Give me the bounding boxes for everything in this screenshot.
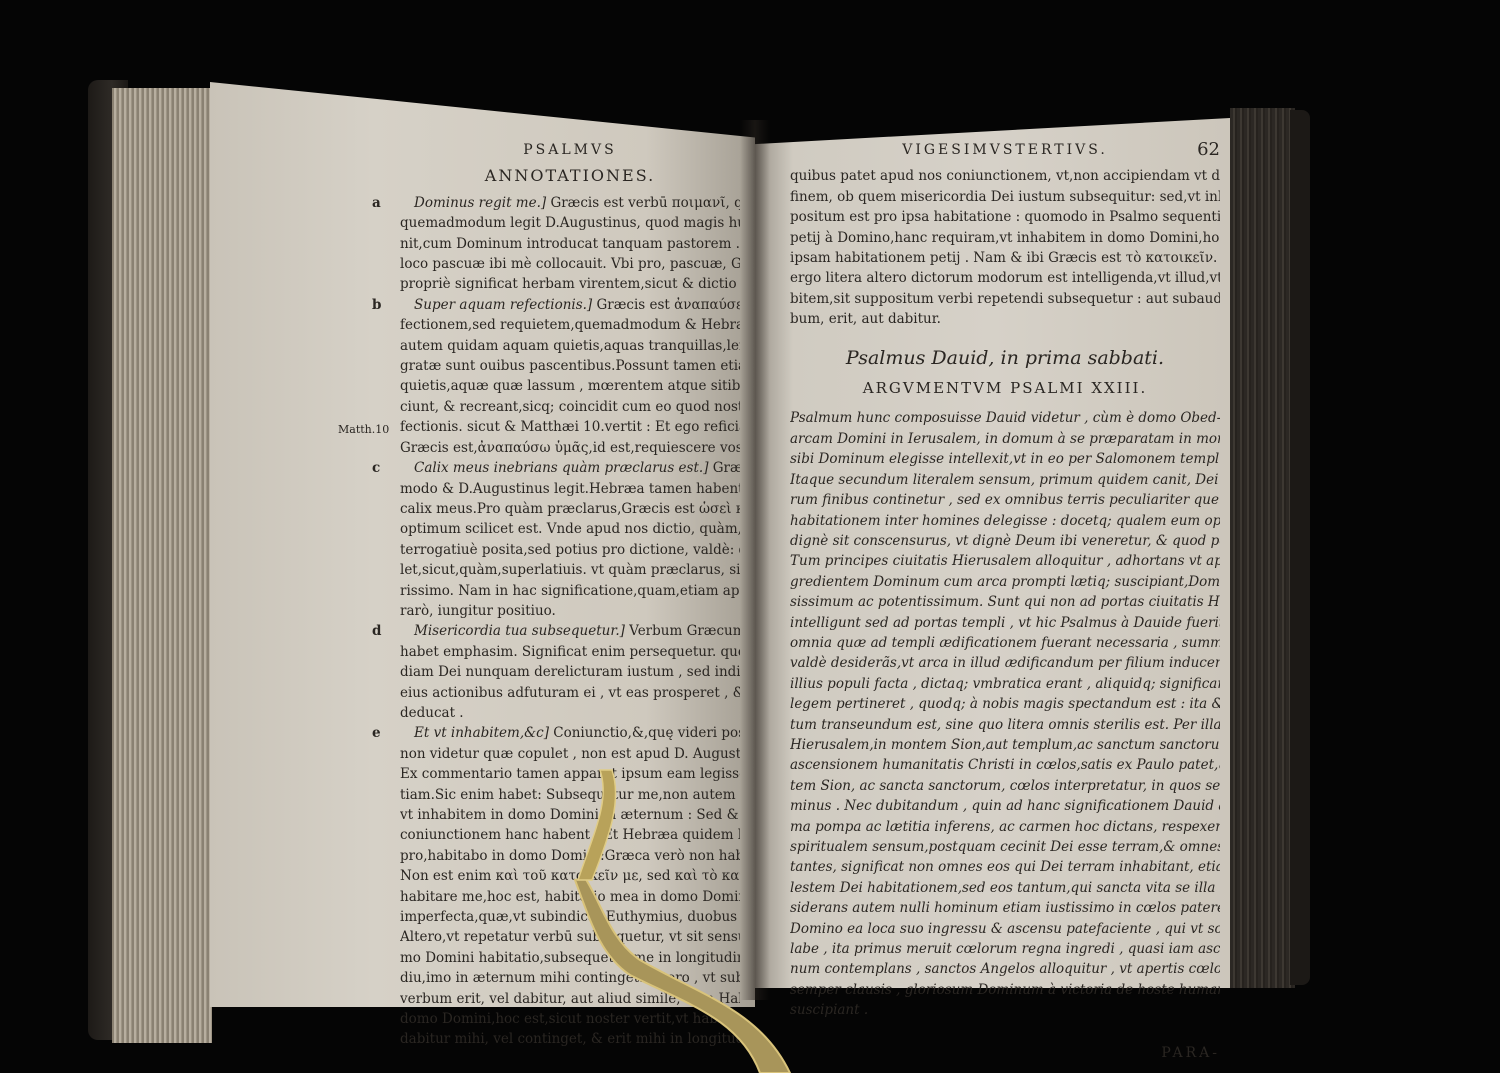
text-line: sibi Dominum elegisse intellexit,vt in e… bbox=[790, 449, 1220, 469]
text-line: Misericordia tua subsequetur.] Verbum Gr… bbox=[400, 621, 740, 641]
text-line: Et vt inhabitem,&c] Coniunctio,&,quę vid… bbox=[400, 723, 740, 743]
annotation-notes: aDominus regit me.] Græcis est verbū ποι… bbox=[400, 193, 740, 1050]
text-line: num contemplans , sanctos Angelos alloqu… bbox=[790, 959, 1220, 979]
text-line: Calix meus inebrians quàm præclarus est.… bbox=[400, 458, 740, 478]
text-line: intelligunt sed ad portas templi , vt hi… bbox=[790, 613, 1220, 633]
text-line: ipsam habitationem petij . Nam & ibi Græ… bbox=[790, 248, 1220, 268]
text-line: rissimo. Nam in hac significatione,quam,… bbox=[400, 581, 740, 601]
gutter-shadow bbox=[740, 120, 770, 1000]
text-line: imperfecta,quæ,vt subindicat Euthymius, … bbox=[400, 907, 740, 927]
annotation-note-d: dMisericordia tua subsequetur.] Verbum G… bbox=[400, 621, 740, 723]
text-line: positum est pro ipsa habitatione : quomo… bbox=[790, 207, 1220, 227]
text-line: suscipiant . bbox=[790, 1000, 1220, 1020]
right-cover bbox=[1290, 110, 1310, 985]
text-line: semper clausis , gloriosum Dominum à vic… bbox=[790, 980, 1220, 1000]
text-line: finem, ob quem misericordia Dei iustum s… bbox=[790, 187, 1220, 207]
text-line: lestem Dei habitationem,sed eos tantum,q… bbox=[790, 878, 1220, 898]
text-line: quemadmodum legit D.Augustinus, quod mag… bbox=[400, 213, 740, 233]
annotation-note-a: aDominus regit me.] Græcis est verbū ποι… bbox=[400, 193, 740, 295]
text-line: autem quidam aquam quietis,aquas tranqui… bbox=[400, 336, 740, 356]
text-line: habitare me,hoc est, habitatio mea in do… bbox=[400, 887, 740, 907]
text-line: propriè significat herbam virentem,sicut… bbox=[400, 274, 740, 294]
annotation-note-e: eEt vt inhabitem,&c] Coniunctio,&,quę vi… bbox=[400, 723, 740, 1050]
text-line: modo & D.Augustinus legit.Hebræa tamen h… bbox=[400, 479, 740, 499]
text-line: dabitur mihi, vel continget, & erit mihi… bbox=[400, 1029, 740, 1049]
continuation-text: quibus patet apud nos coniunctionem, vt,… bbox=[790, 166, 1220, 329]
text-line: diam Dei nunquam derelicturam iustum , s… bbox=[400, 662, 740, 682]
text-line: optimum scilicet est. Vnde apud nos dict… bbox=[400, 519, 740, 539]
text-line: ma pompa ac lætitia inferens, ac carmen … bbox=[790, 817, 1220, 837]
text-line: valdè desiderãs,vt arca in illud ædifica… bbox=[790, 653, 1220, 673]
text-line: fectionem,sed requietem,quemadmodum & He… bbox=[400, 315, 740, 335]
text-line: Tum principes ciuitatis Hierusalem alloq… bbox=[790, 551, 1220, 571]
right-page-edges bbox=[1230, 108, 1295, 988]
text-line: terrogatiuè posita,sed potius pro dictio… bbox=[400, 540, 740, 560]
text-line: calix meus.Pro quàm præclarus,Græcis est… bbox=[400, 499, 740, 519]
text-line: gredientem Dominum cum arca prompti læti… bbox=[790, 572, 1220, 592]
text-line: Super aquam refectionis.] Græcis est ἀνα… bbox=[400, 295, 740, 315]
note-marker: b bbox=[372, 295, 381, 315]
page-number: 62 bbox=[1197, 140, 1220, 160]
annotationes-heading: ANNOTATIONES. bbox=[400, 166, 740, 186]
text-line: Non est enim καὶ τοῦ κατοικεῖν με, sed κ… bbox=[400, 866, 740, 886]
right-page-text: VIGESIMVSTERTIVS. 62 quibus patet apud n… bbox=[790, 140, 1220, 1063]
text-line: minus . Nec dubitandum , quin ad hanc si… bbox=[790, 796, 1220, 816]
annotation-note-c: cCalix meus inebrians quàm præclarus est… bbox=[400, 458, 740, 621]
text-line: ergo litera altero dictorum modorum est … bbox=[790, 268, 1220, 288]
text-line: omnia quæ ad templi ædificationem fueran… bbox=[790, 633, 1220, 653]
text-line: bitem,sit suppositum verbi repetendi sub… bbox=[790, 289, 1220, 309]
psalm-title: Psalmus Dauid, in prima sabbati. bbox=[790, 348, 1220, 368]
text-line: loco pascuæ ibi mè collocauit. Vbi pro, … bbox=[400, 254, 740, 274]
argument-text: Psalmum hunc composuisse Dauid videtur ,… bbox=[790, 408, 1220, 1020]
text-line: rarò, iungitur positiuo. bbox=[400, 601, 740, 621]
text-line: tum transeundum est, sine quo litera omn… bbox=[790, 715, 1220, 735]
text-line: eius actionibus adfuturam ei , vt eas pr… bbox=[400, 683, 740, 703]
left-page-text: PSALMVS ANNOTATIONES. aDominus regit me.… bbox=[400, 140, 740, 1050]
text-line: quietis,aquæ quæ lassum , mœrentem atque… bbox=[400, 376, 740, 396]
open-book: PSALMVS ANNOTATIONES. aDominus regit me.… bbox=[0, 0, 1500, 1073]
left-page-edges bbox=[112, 88, 212, 1043]
text-line: Domino ea loca suo ingressu & ascensu pa… bbox=[790, 919, 1220, 939]
text-line: petij à Domino,hanc requiram,vt inhabite… bbox=[790, 228, 1220, 248]
text-line: tantes, significat non omnes eos qui Dei… bbox=[790, 857, 1220, 877]
text-line: coniunctionem hanc habent . Et Hebræa qu… bbox=[400, 825, 740, 845]
argument-heading: ARGVMENTVM PSALMI XXIII. bbox=[790, 378, 1220, 398]
text-line: nit,cum Dominum introducat tanquam pasto… bbox=[400, 234, 740, 254]
text-line: spiritualem sensum,postquam cecinit Dei … bbox=[790, 837, 1220, 857]
margin-reference: Matth.10 bbox=[338, 420, 389, 440]
text-line: deducat . bbox=[400, 703, 740, 723]
text-line: Græcis est,ἀναπαύσω ὑμᾶς,id est,requiesc… bbox=[400, 438, 740, 458]
text-line: habitationem inter homines delegisse : d… bbox=[790, 511, 1220, 531]
text-line: vt inhabitem in domo Domini in æternum :… bbox=[400, 805, 740, 825]
text-line: arcam Domini in Ierusalem, in domum à se… bbox=[790, 429, 1220, 449]
running-head-left: PSALMVS bbox=[400, 140, 740, 160]
catchword: PARA- bbox=[790, 1043, 1220, 1063]
text-line: labe , ita primus meruit cœlorum regna i… bbox=[790, 939, 1220, 959]
text-line: domo Domini,hoc est,sicut noster vertit,… bbox=[400, 1009, 740, 1029]
text-line: tiam.Sic enim habet: Subsequetur me,non … bbox=[400, 785, 740, 805]
text-line: Itaque secundum literalem sensum, primum… bbox=[790, 470, 1220, 490]
text-line: Dominus regit me.] Græcis est verbū ποιμ… bbox=[400, 193, 740, 213]
text-line: non videtur quæ copulet , non est apud D… bbox=[400, 744, 740, 764]
text-line: rum finibus continetur , sed ex omnibus … bbox=[790, 490, 1220, 510]
annotation-note-b: bSuper aquam refectionis.] Græcis est ἀν… bbox=[400, 295, 740, 458]
running-head-right: VIGESIMVSTERTIVS. bbox=[790, 140, 1220, 160]
text-line: mo Domini habitatio,subsequetur me in lo… bbox=[400, 948, 740, 968]
text-line: verbum erit, vel dabitur, aut aliud simi… bbox=[400, 989, 740, 1009]
text-line: quibus patet apud nos coniunctionem, vt,… bbox=[790, 166, 1220, 186]
note-marker: c bbox=[372, 458, 380, 478]
text-line: siderans autem nulli hominum etiam iusti… bbox=[790, 898, 1220, 918]
text-line: Hierusalem,in montem Sion,aut templum,ac… bbox=[790, 735, 1220, 755]
text-line: sissimum ac potentissimum. Sunt qui non … bbox=[790, 592, 1220, 612]
text-line: Altero,vt repetatur verbū subsequetur, v… bbox=[400, 927, 740, 947]
text-line: dignè sit conscensurus, vt dignè Deum ib… bbox=[790, 531, 1220, 551]
note-marker: e bbox=[372, 723, 381, 743]
text-line: diu,imo in æternum mihi continget. Alter… bbox=[400, 968, 740, 988]
text-line: legem pertineret , quodq; à nobis magis … bbox=[790, 694, 1220, 714]
text-line: illius populi facta , dictaq; vmbratica … bbox=[790, 674, 1220, 694]
text-line: Ex commentario tamen apparet ipsum eam l… bbox=[400, 764, 740, 784]
note-marker: d bbox=[372, 621, 381, 641]
text-line: let,sicut,quàm,superlatiuis. vt quàm præ… bbox=[400, 560, 740, 580]
text-line: ciunt, & recreant,sicq; coincidit cum eo… bbox=[400, 397, 740, 417]
text-line: bum, erit, aut dabitur. bbox=[790, 309, 1220, 329]
text-line: gratæ sunt ouibus pascentibus.Possunt ta… bbox=[400, 356, 740, 376]
text-line: Psalmum hunc composuisse Dauid videtur ,… bbox=[790, 408, 1220, 428]
text-line: habet emphasim. Significat enim perseque… bbox=[400, 642, 740, 662]
text-line: tem Sion, ac sancta sanctorum, cœlos int… bbox=[790, 776, 1220, 796]
text-line: pro,habitabo in domo Domini:Græca verò n… bbox=[400, 846, 740, 866]
text-line: ascensionem humanitatis Christi in cœlos… bbox=[790, 755, 1220, 775]
note-marker: a bbox=[372, 193, 381, 213]
text-line: fectionis. sicut & Matthæi 10.vertit : E… bbox=[400, 417, 740, 437]
